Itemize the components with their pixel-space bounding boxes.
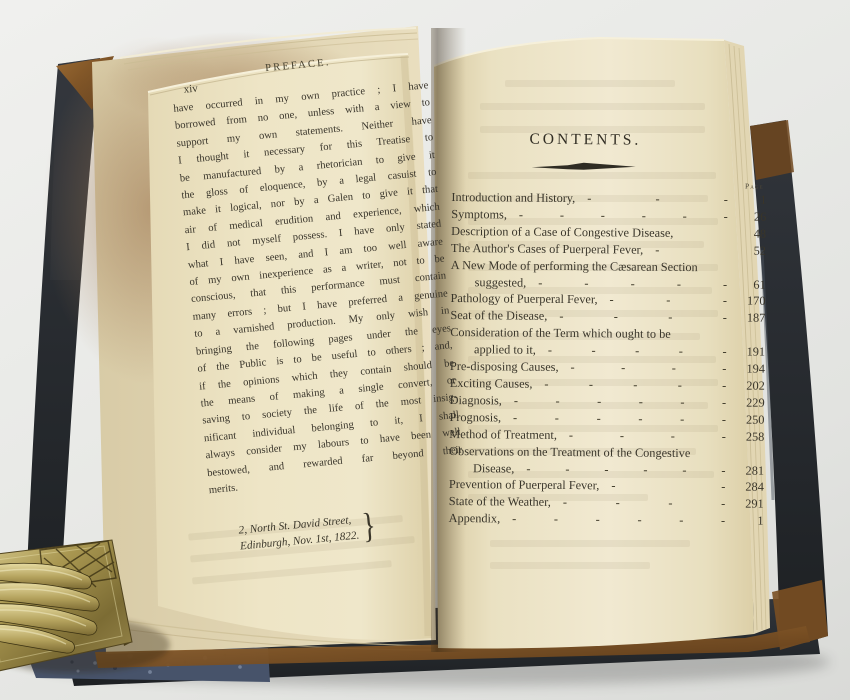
entry-title-continued: suggested, — [451, 274, 527, 292]
entry-leader-dashes: - — [643, 241, 738, 259]
entry-page-number: 1 — [736, 513, 764, 530]
entry-title-continued: applied to it, — [450, 341, 536, 359]
entry-title: Description of a Case of Congestive Dise… — [451, 223, 673, 242]
entry-leader-dashes: - - - - — [558, 359, 737, 377]
entry-title: Pre-disposing Causes, — [450, 358, 559, 376]
contents-entry: Appendix, - - - - - - 1 — [449, 510, 764, 530]
entry-title: Exciting Causes, — [450, 375, 533, 393]
contents-title: CONTENTS. — [428, 130, 743, 151]
entry-page-number: 52 — [738, 242, 766, 259]
entry-leader-dashes: - - — [599, 478, 736, 496]
entry-title: Prognosis, — [449, 409, 501, 426]
photo-open-antique-book: PREFACE. xiv have occurred in my own pra… — [0, 0, 850, 700]
entry-title: Seat of the Disease, — [450, 307, 547, 325]
entry-title: Symptoms, — [451, 206, 507, 223]
entry-leader-dashes: - - - — [575, 190, 738, 208]
entry-leader-dashes: - - - - - - — [501, 409, 737, 428]
signature-brace: } — [360, 509, 376, 545]
entry-leader-dashes: - - - - - - — [502, 392, 737, 411]
entry-leader-dashes: - - - - — [547, 308, 737, 327]
entry-page-number: 191 — [737, 344, 765, 361]
entry-page-number: 291 — [736, 496, 764, 513]
right-page-contents: CONTENTS. Page Introduction and History,… — [449, 130, 767, 530]
entry-title: State of the Weather, — [449, 493, 551, 511]
entry-page-number: 194 — [737, 361, 765, 378]
swelled-rule-shape — [531, 162, 635, 173]
entry-leader-dashes: - - - - - — [526, 274, 738, 293]
entry-leader-dashes: - - - - - - — [500, 511, 736, 530]
contents-entry: Method of Treatment, - - - - 258 — [449, 426, 764, 446]
entry-page-number: 61 — [738, 276, 766, 293]
entry-title: Introduction and History, — [451, 189, 575, 207]
entry-leader-dashes: - - - - - - — [514, 460, 736, 479]
entry-page-number: 26 — [738, 208, 766, 225]
entry-page-number: 229 — [737, 394, 765, 411]
entry-leader-dashes: - - - — [597, 292, 737, 310]
entry-title: Pathology of Puerperal Fever, — [450, 290, 597, 308]
swelled-rule-ornament — [426, 161, 741, 174]
entry-leader-dashes: - - - - — [557, 427, 737, 445]
entry-leader-dashes — [673, 237, 738, 238]
contents-entry: A New Mode of performing the Cæsarean Se… — [451, 257, 766, 294]
entry-title: Prevention of Puerperal Fever, — [449, 476, 600, 494]
entry-page-number: 281 — [736, 462, 764, 479]
entry-leader-dashes: - - - - — [551, 494, 736, 513]
contents-entry: Observations on the Treatment of the Con… — [449, 443, 764, 480]
entry-page-number: 202 — [737, 377, 765, 394]
entry-leader-dashes: - - - - - - — [507, 206, 738, 225]
entry-title: Diagnosis, — [450, 392, 502, 409]
entry-leader-dashes: - - - - - — [536, 342, 737, 361]
preface-body: have occurred in my own practice ; I hav… — [173, 77, 465, 499]
entry-title: The Author's Cases of Puerperal Fever, — [451, 240, 643, 259]
entry-title: Method of Treatment, — [449, 426, 557, 444]
contents-entry: Consideration of the Term which ought to… — [450, 324, 765, 361]
entry-page-number: 170 — [737, 293, 765, 310]
entry-page-number: 284 — [736, 479, 764, 496]
entry-page-number: 187 — [737, 310, 765, 327]
left-page-preface: PREFACE. xiv have occurred in my own pra… — [170, 48, 470, 557]
entry-page-number: 1 — [738, 192, 766, 209]
entry-page-number: 48 — [738, 225, 766, 242]
entry-title-continued: Disease, — [449, 459, 514, 476]
contents-list: Introduction and History, - - - 1 Sympto… — [449, 189, 767, 530]
entry-page-number: 250 — [736, 411, 764, 428]
entry-page-number: 258 — [736, 428, 764, 445]
entry-title: Appendix, — [449, 510, 501, 527]
entry-leader-dashes: - - - - - — [532, 376, 736, 395]
